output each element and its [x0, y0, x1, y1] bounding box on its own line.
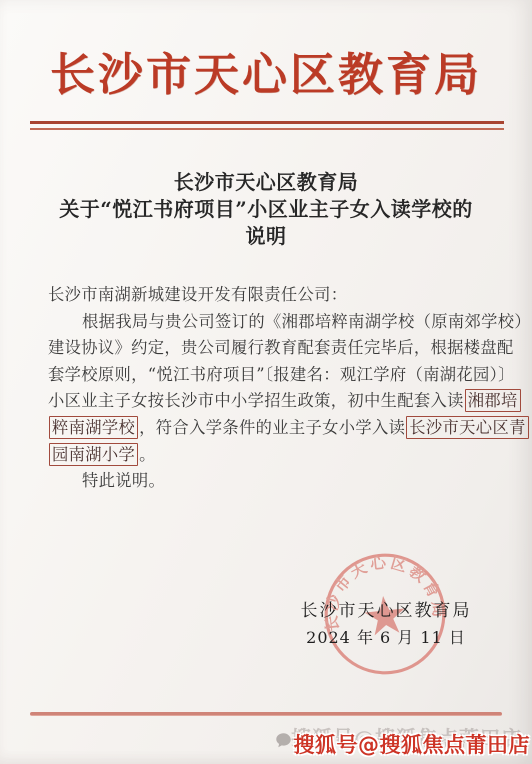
body-line: 园南湖小学。: [48, 442, 510, 469]
title-line-2: 关于“悦江书府项目”小区业主子女入读学校的: [16, 196, 516, 223]
title-line-3: 说明: [16, 223, 516, 250]
body-line: 建设协议》约定，贵公司履行教育配套责任完毕后，根据楼盘配: [48, 335, 510, 362]
watermark: 搜狐号@搜狐焦点莆田店: [275, 729, 531, 759]
letterhead-divider-line: [30, 121, 504, 130]
body-line: 粹南湖学校，符合入学条件的业主子女小学入读长沙市天心区青: [48, 415, 510, 442]
body-text-segment: ，符合入学条件的业主子女小学入读: [139, 418, 405, 437]
body-text-segment: 小区业主子女按长沙市中小学招生政策，初中生配套入读: [48, 391, 464, 410]
speech-bubble-icon: [275, 732, 292, 749]
body-text-segment: 特此说明。: [82, 471, 165, 490]
body-line: 长沙市南湖新城建设开发有限责任公司：: [48, 282, 510, 309]
red-box-annotation: 湘郡培: [465, 389, 521, 412]
bottom-divider-line: [30, 712, 502, 716]
body-text-segment: 套学校原则，“悦江书府项目”〔报建名：观江学府（南湖花园）〕: [48, 365, 515, 384]
body-line: 套学校原则，“悦江书府项目”〔报建名：观江学府（南湖花园）〕: [48, 362, 510, 389]
signature-org: 长沙市天心区教育局: [288, 596, 484, 621]
document-page: 长沙市天心区教育局 长沙市天心区教育局 关于“悦江书府项目”小区业主子女入读学校…: [0, 0, 532, 764]
body-line: 特此说明。: [48, 468, 510, 495]
body-line: 根据我局与贵公司签订的《湘郡培粹南湖学校（原南郊学校）: [48, 309, 510, 336]
title-line-1: 长沙市天心区教育局: [16, 169, 516, 196]
document-title: 长沙市天心区教育局 关于“悦江书府项目”小区业主子女入读学校的 说明: [16, 169, 516, 250]
body-text-segment: 建设协议》约定，贵公司履行教育配套责任完毕后，根据楼盘配: [48, 338, 514, 357]
body-line: 小区业主子女按长沙市中小学招生政策，初中生配套入读湘郡培: [48, 388, 510, 415]
red-box-annotation: 园南湖小学: [49, 443, 138, 466]
watermark-text: 搜狐号@搜狐焦点莆田店: [294, 729, 531, 759]
letterhead-org-name: 长沙市天心区教育局: [0, 38, 532, 103]
body-text-segment: 根据我局与贵公司签订的《湘郡培粹南湖学校（原南郊学校）: [82, 312, 531, 331]
signature-date: 2024 年 6 月 11 日: [288, 625, 484, 648]
body-text-segment: 长沙市南湖新城建设开发有限责任公司：: [48, 285, 347, 304]
body-text: 长沙市南湖新城建设开发有限责任公司：根据我局与贵公司签订的《湘郡培粹南湖学校（原…: [48, 282, 510, 495]
red-box-annotation: 长沙市天心区青: [406, 416, 528, 439]
body-text-segment: 。: [139, 445, 156, 464]
red-box-annotation: 粹南湖学校: [49, 416, 138, 439]
